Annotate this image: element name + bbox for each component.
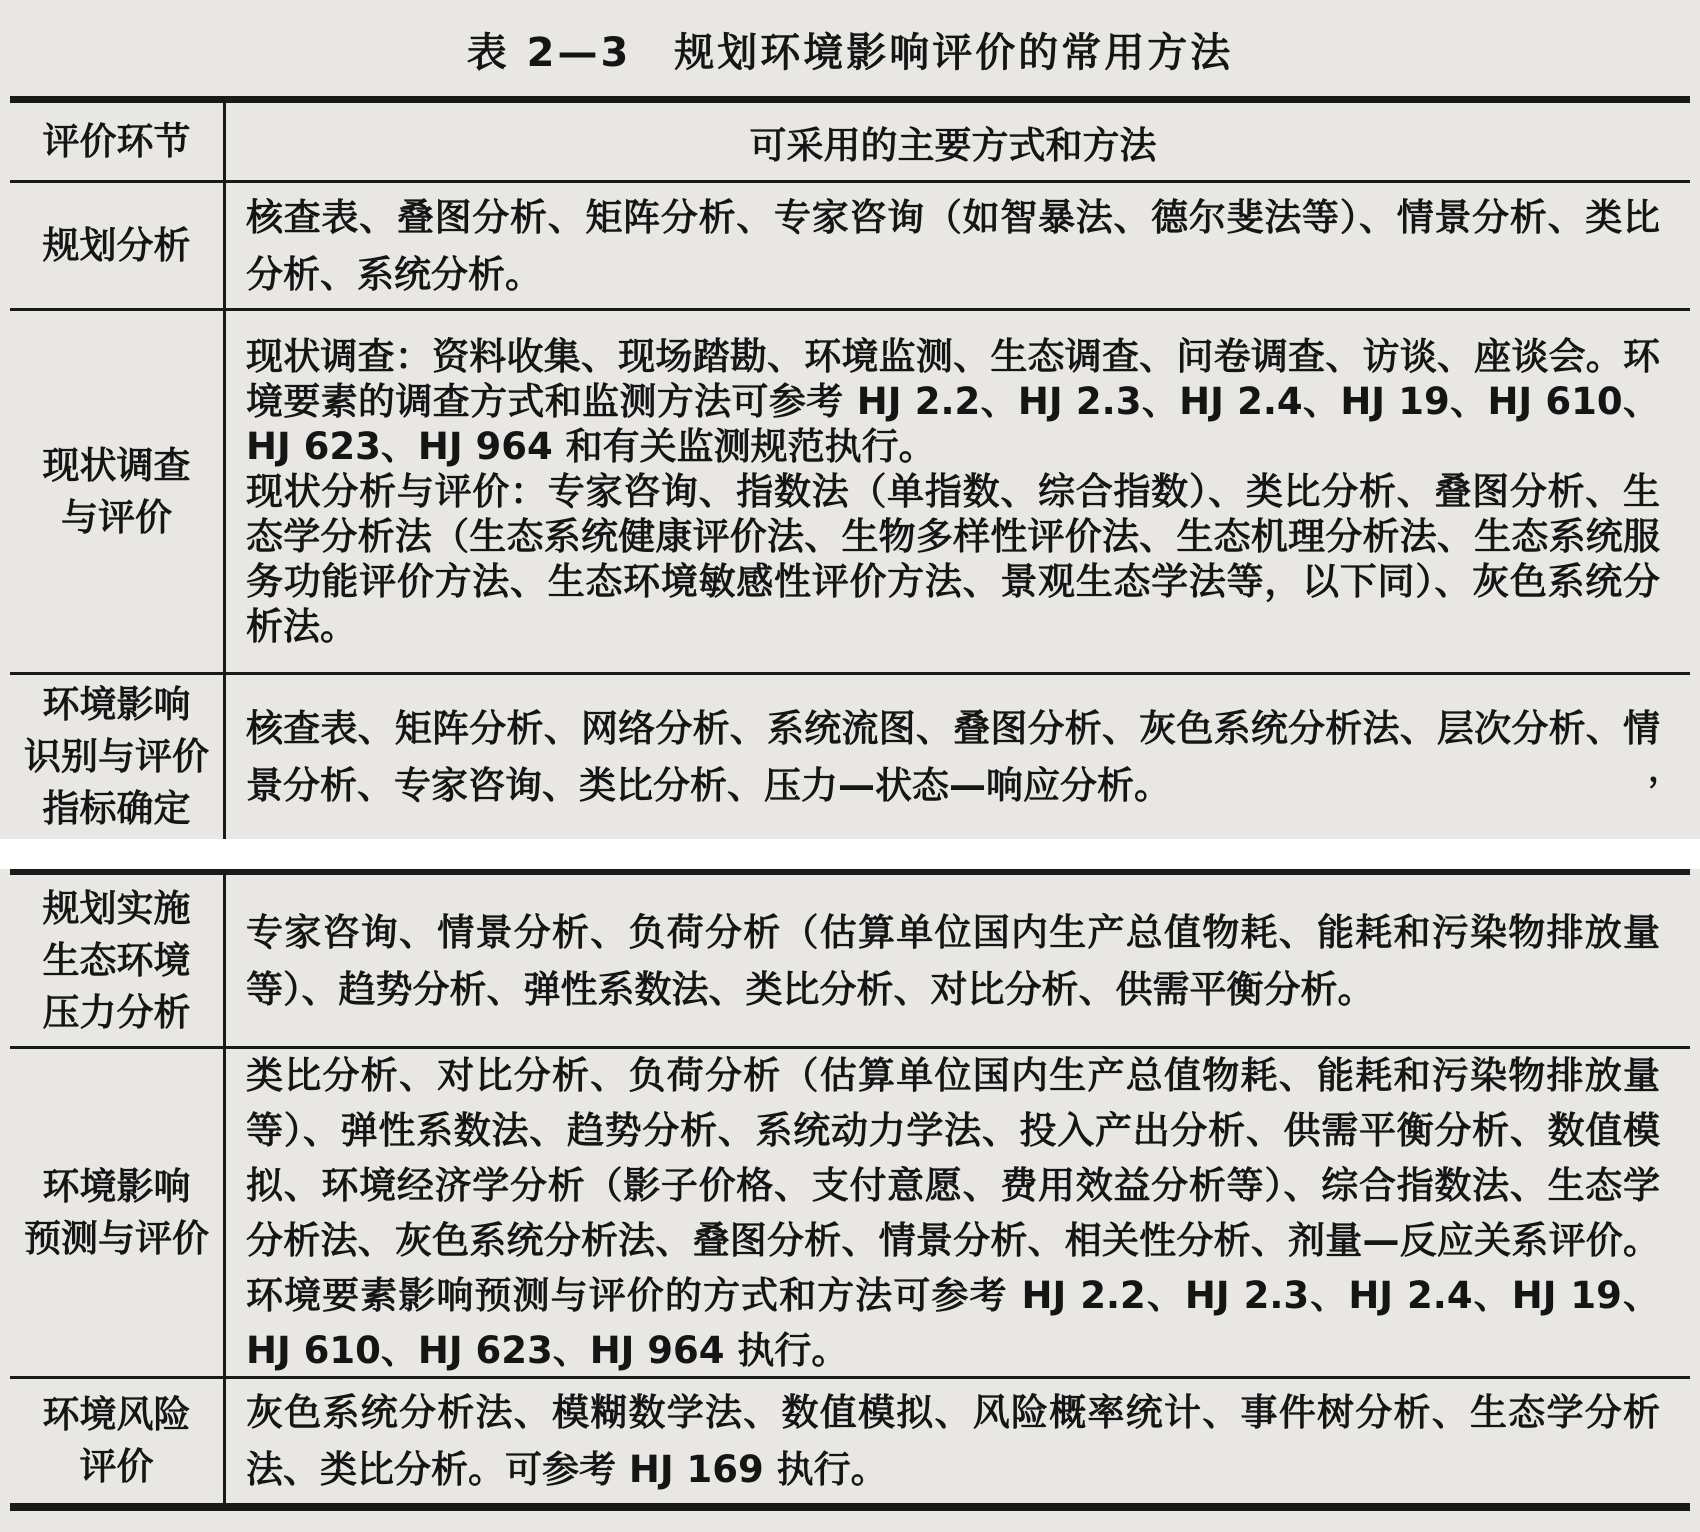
methods-paragraph: 类比分析、对比分析、负荷分析（估算单位国内生产总值物耗、能耗和污染物排放量等）、… bbox=[246, 1048, 1660, 1378]
stage-label-line: 识别与评价 bbox=[24, 731, 209, 783]
table-row-planning-analysis: 规划分析 核查表、叠图分析、矩阵分析、专家咨询（如智暴法、德尔斐法等）、情景分析… bbox=[10, 183, 1690, 311]
stage-label-line: 压力分析 bbox=[43, 987, 191, 1039]
page-white-gap bbox=[0, 839, 1700, 869]
table-row-impact-prediction: 环境影响 预测与评价 类比分析、对比分析、负荷分析（估算单位国内生产总值物耗、能… bbox=[10, 1049, 1690, 1379]
stage-label-line: 环境风险 bbox=[43, 1389, 191, 1441]
stage-cell: 环境影响 预测与评价 bbox=[10, 1049, 226, 1376]
methods-paragraph: 现状分析与评价：专家咨询、指数法（单指数、综合指数）、类比分析、叠图分析、生态学… bbox=[246, 469, 1660, 649]
stage-cell: 现状调查 与评价 bbox=[10, 311, 226, 672]
stage-label-line: 环境影响 bbox=[43, 1161, 191, 1213]
scanned-document-page: 表 2—3 规划环境影响评价的常用方法 评价环节 可采用的主要方式和方法 规划分… bbox=[0, 0, 1700, 1532]
table-row-risk-assessment: 环境风险 评价 灰色系统分析法、模糊数学法、数值模拟、风险概率统计、事件树分析、… bbox=[10, 1379, 1690, 1503]
methods-paragraph: 核查表、矩阵分析、网络分析、系统流图、叠图分析、灰色系统分析法、层次分析、情景分… bbox=[246, 700, 1660, 814]
stage-label-line: 生态环境 bbox=[43, 935, 191, 987]
stage-label-line: 指标确定 bbox=[43, 783, 191, 835]
methods-paragraph: 现状调查：资料收集、现场踏勘、环境监测、生态调查、问卷调查、访谈、座谈会。环境要… bbox=[246, 334, 1660, 469]
methods-paragraph: 核查表、叠图分析、矩阵分析、专家咨询（如智暴法、德尔斐法等）、情景分析、类比分析… bbox=[246, 189, 1660, 303]
stage-label-line: 规划实施 bbox=[43, 883, 191, 935]
methods-cell: 现状调查：资料收集、现场踏勘、环境监测、生态调查、问卷调查、访谈、座谈会。环境要… bbox=[226, 311, 1690, 672]
methods-paragraph: 灰色系统分析法、模糊数学法、数值模拟、风险概率统计、事件树分析、生态学分析法、类… bbox=[246, 1384, 1660, 1498]
methods-table-lower: 规划实施 生态环境 压力分析 专家咨询、情景分析、负荷分析（估算单位国内生产总值… bbox=[10, 869, 1690, 1511]
column-header-stage: 评价环节 bbox=[10, 103, 226, 180]
scan-artifact-mark: ， bbox=[1648, 742, 1682, 791]
stage-cell: 环境影响 识别与评价 指标确定 bbox=[10, 675, 226, 839]
table-row-pressure-analysis: 规划实施 生态环境 压力分析 专家咨询、情景分析、负荷分析（估算单位国内生产总值… bbox=[10, 875, 1690, 1049]
stage-cell: 规划实施 生态环境 压力分析 bbox=[10, 875, 226, 1046]
stage-label-line: 与评价 bbox=[61, 492, 172, 544]
methods-paragraph: 专家咨询、情景分析、负荷分析（估算单位国内生产总值物耗、能耗和污染物排放量等）、… bbox=[246, 904, 1660, 1018]
table-header-row: 评价环节 可采用的主要方式和方法 bbox=[10, 103, 1690, 183]
methods-table-upper: 评价环节 可采用的主要方式和方法 规划分析 核查表、叠图分析、矩阵分析、专家咨询… bbox=[10, 96, 1690, 839]
table-caption: 表 2—3 规划环境影响评价的常用方法 bbox=[0, 0, 1700, 96]
methods-cell: 类比分析、对比分析、负荷分析（估算单位国内生产总值物耗、能耗和污染物排放量等）、… bbox=[226, 1049, 1690, 1376]
stage-label-line: 预测与评价 bbox=[24, 1213, 209, 1265]
stage-label-line: 评价 bbox=[80, 1441, 154, 1493]
column-header-methods: 可采用的主要方式和方法 bbox=[226, 103, 1690, 180]
table-row-status-survey: 现状调查 与评价 现状调查：资料收集、现场踏勘、环境监测、生态调查、问卷调查、访… bbox=[10, 311, 1690, 675]
stage-label-line: 现状调查 bbox=[43, 440, 191, 492]
table-row-impact-identification: 环境影响 识别与评价 指标确定 核查表、矩阵分析、网络分析、系统流图、叠图分析、… bbox=[10, 675, 1690, 839]
stage-label-line: 规划分析 bbox=[43, 220, 191, 272]
methods-cell: 核查表、矩阵分析、网络分析、系统流图、叠图分析、灰色系统分析法、层次分析、情景分… bbox=[226, 675, 1690, 839]
stage-cell: 环境风险 评价 bbox=[10, 1379, 226, 1503]
methods-cell: 灰色系统分析法、模糊数学法、数值模拟、风险概率统计、事件树分析、生态学分析法、类… bbox=[226, 1379, 1690, 1503]
stage-label-line: 环境影响 bbox=[43, 679, 191, 731]
stage-cell: 规划分析 bbox=[10, 183, 226, 308]
methods-cell: 核查表、叠图分析、矩阵分析、专家咨询（如智暴法、德尔斐法等）、情景分析、类比分析… bbox=[226, 183, 1690, 308]
methods-cell: 专家咨询、情景分析、负荷分析（估算单位国内生产总值物耗、能耗和污染物排放量等）、… bbox=[226, 875, 1690, 1046]
